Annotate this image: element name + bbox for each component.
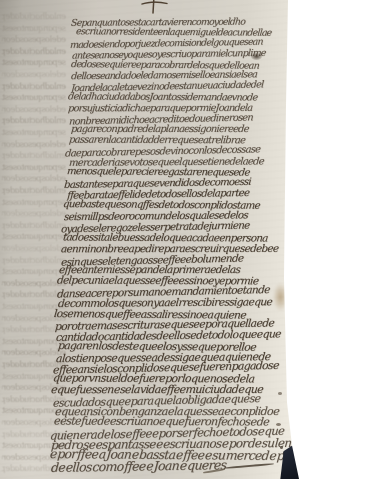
manuscript-line: pagar e conpadre de la plana e ssi gonie… [70, 124, 292, 135]
manuscript-photo: en la dha ciudad e por ante mi el escriu… [0, 0, 300, 479]
scan-background: en la dha ciudad e por ante mi el escriu… [0, 0, 370, 479]
manuscript-line: de la dha ciudad a bos Joan tossi demand… [67, 91, 292, 103]
manuscript-text-block: Sepan quantos esta carta vieren como yo … [0, 0, 300, 479]
